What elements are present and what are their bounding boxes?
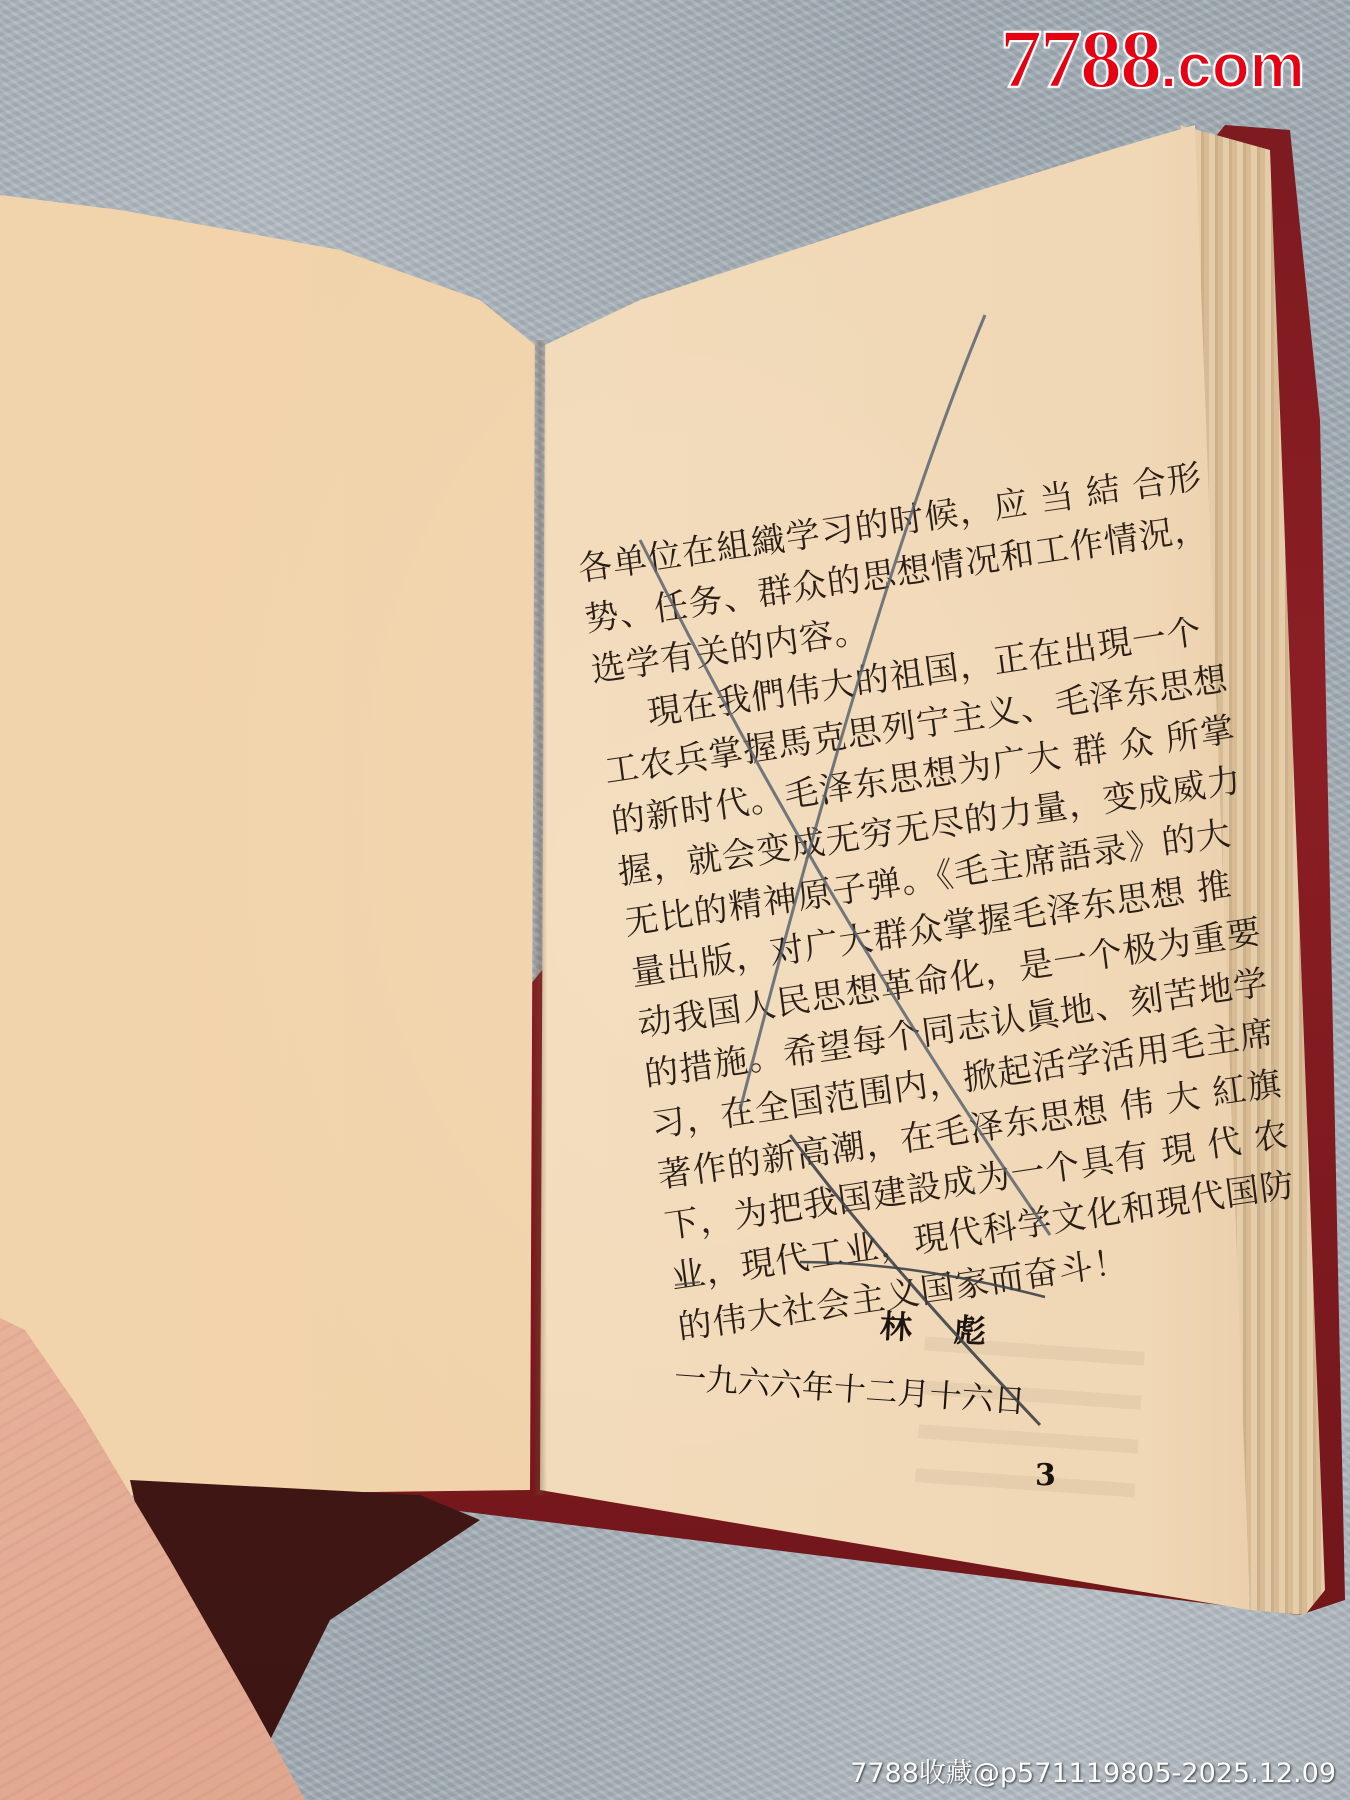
signature: 林彪 xyxy=(879,1301,1029,1355)
logo-suffix: .com xyxy=(1160,32,1305,101)
page-number: 3 xyxy=(1035,1458,1056,1493)
watermark-text: 7788收藏@p571119805-2025.12.09 xyxy=(850,1751,1336,1790)
book-gutter xyxy=(533,340,547,1495)
preface-text: 各单位在組織学习的时候，应 当 結 合形 势、任务、群众的思想情况和工作情況， … xyxy=(575,462,1235,1354)
logo-number: 7788 xyxy=(1000,13,1160,106)
site-logo: 7788.com xyxy=(1000,18,1305,102)
